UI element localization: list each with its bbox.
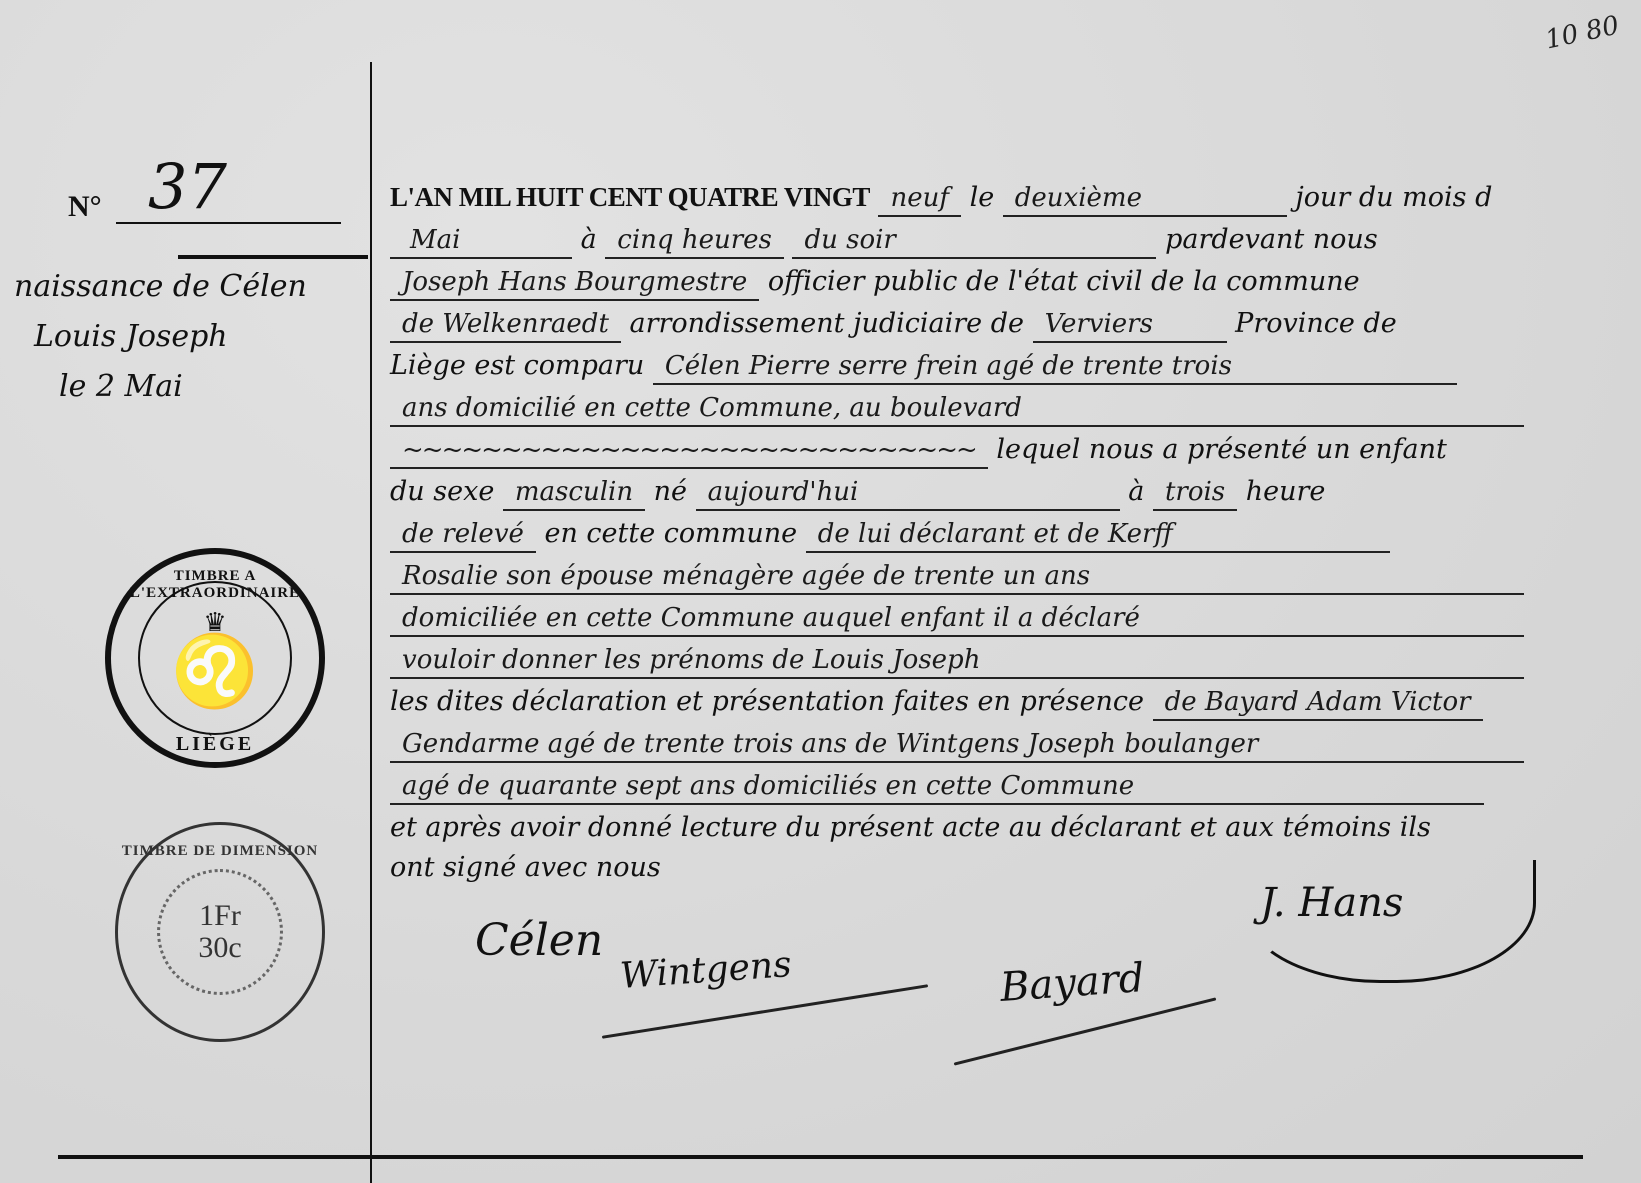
stamp-ring-text: TIMBRE A L'EXTRAORDINAIRE: [111, 568, 319, 602]
handwritten-witness-1: de Bayard Adam Victor: [1153, 687, 1483, 721]
handwritten-given-names: vouloir donner les prénoms de Louis Jose…: [390, 645, 1524, 679]
act-number: 37: [148, 150, 227, 223]
handwritten-declarant: Célen Pierre serre frein agé de trente t…: [653, 351, 1457, 385]
handwritten-mother: Rosalie son épouse ménagère agée de tren…: [390, 561, 1524, 595]
printed-text: du sexe: [390, 476, 494, 507]
act-line-2: Mai à cinq heures du soir pardevant nous: [390, 224, 1378, 264]
handwritten-witness-domicile: agé de quarante sept ans domiciliés en c…: [390, 771, 1484, 805]
officer-paraph: [1240, 860, 1536, 983]
handwritten-domicile: domiciliée en cette Commune auquel enfan…: [390, 603, 1524, 637]
act-line-9: de relevé en cette commune de lui déclar…: [390, 518, 1390, 558]
stamp-value-centimes: 30c: [198, 932, 241, 964]
printed-text: les dites déclaration et présentation fa…: [390, 686, 1144, 717]
act-line-3: Joseph Hans Bourgmestre officier public …: [390, 266, 1360, 306]
handwritten-officer: Joseph Hans Bourgmestre: [390, 267, 759, 301]
handwritten-birth-day: aujourd'hui: [696, 477, 1120, 511]
handwritten-parents: de lui déclarant et de Kerff: [806, 519, 1390, 553]
act-line-5: Liège est comparu Célen Pierre serre fre…: [390, 350, 1457, 390]
handwritten-residence: ans domicilié en cette Commune, au boule…: [390, 393, 1524, 427]
handwritten-hour: cinq heures: [605, 225, 784, 259]
printed-text: officier public de l'état civil de la co…: [768, 266, 1360, 297]
handwritten-month: Mai: [390, 225, 572, 259]
handwritten-birth-hour: trois: [1153, 477, 1237, 511]
printed-text: à: [581, 224, 597, 255]
bottom-rule: [58, 1155, 1583, 1159]
printed-text: en cette commune: [544, 518, 797, 549]
handwritten-day: deuxième: [1003, 183, 1287, 217]
act-line-1: L'AN MIL HUIT CENT QUATRE VINGT neuf le …: [390, 182, 1492, 222]
dimension-stamp: TIMBRE DE DIMENSION 1Fr 30c: [115, 822, 325, 1042]
margin-note-line: le 2 Mai: [14, 362, 364, 412]
printed-text: né: [654, 476, 687, 507]
printed-text: à: [1128, 476, 1144, 507]
printed-text: Liège est comparu: [390, 350, 644, 381]
printed-text: heure: [1246, 476, 1326, 507]
handwritten-time-of-day: du soir: [792, 225, 1156, 259]
lion-icon: ♌: [171, 636, 258, 706]
stamp-city: LIÈGE: [111, 733, 319, 756]
printed-text: le: [970, 182, 995, 213]
act-line-11: domiciliée en cette Commune auquel enfan…: [390, 602, 1524, 642]
act-number-label: N°: [68, 190, 102, 224]
printed-text: arrondissement judiciaire de: [630, 308, 1024, 339]
act-line-14: Gendarme agé de trente trois ans de Wint…: [390, 728, 1524, 768]
printed-text: et après avoir donné lecture du présent …: [390, 812, 1431, 843]
printed-text: lequel nous a présenté un enfant: [996, 434, 1447, 465]
margin-note: naissance de Célen Louis Joseph le 2 Mai: [14, 262, 364, 412]
handwritten-commune: de Welkenraedt: [390, 309, 621, 343]
handwritten-sex: masculin: [503, 477, 645, 511]
act-number-rule: [178, 255, 368, 259]
signature-witness-bayard: Bayard: [999, 955, 1146, 1011]
handwritten-year: neuf: [878, 183, 961, 217]
act-line-6: ans domicilié en cette Commune, au boule…: [390, 392, 1524, 432]
handwritten-district: Verviers: [1033, 309, 1227, 343]
handwritten-time-of-day: de relevé: [390, 519, 536, 553]
handwritten-witness-2: Gendarme agé de trente trois ans de Wint…: [390, 729, 1524, 763]
act-number-underline: [116, 222, 341, 224]
signature-flourish: [954, 997, 1217, 1065]
printed-text: Province de: [1235, 308, 1397, 339]
margin-note-line: naissance de Célen: [14, 262, 364, 312]
act-line-16: et après avoir donné lecture du présent …: [390, 812, 1431, 852]
act-line-13: les dites déclaration et présentation fa…: [390, 686, 1483, 726]
filler-line: ~~~~~~~~~~~~~~~~~~~~~~~~~~~~~: [390, 435, 988, 469]
printed-text: ont signé avec nous: [390, 852, 661, 883]
printed-text: pardevant nous: [1165, 224, 1378, 255]
signature-declarant: Célen: [475, 915, 603, 966]
printed-text: jour du mois d: [1295, 182, 1492, 213]
document-page: 10 80 N° 37 naissance de Célen Louis Jos…: [0, 0, 1641, 1183]
margin-divider: [370, 62, 372, 1183]
folio-number: 10 80: [1543, 11, 1622, 56]
act-line-15: agé de quarante sept ans domiciliés en c…: [390, 770, 1484, 810]
stamp-value-francs: 1Fr: [199, 900, 241, 932]
extraordinaire-stamp: TIMBRE A L'EXTRAORDINAIRE ♛ ♌ LIÈGE: [105, 548, 325, 768]
act-line-7: ~~~~~~~~~~~~~~~~~~~~~~~~~~~~~ lequel nou…: [390, 434, 1447, 474]
signature-witness-wintgens: Wintgens: [619, 944, 793, 997]
stamp-ring-text: TIMBRE DE DIMENSION: [118, 843, 322, 860]
wreath-icon: 1Fr 30c: [157, 869, 283, 995]
act-line-10: Rosalie son épouse ménagère agée de tren…: [390, 560, 1524, 600]
act-line-17: ont signé avec nous: [390, 852, 661, 892]
margin-note-line: Louis Joseph: [14, 312, 364, 362]
act-line-8: du sexe masculin né aujourd'hui à trois …: [390, 476, 1325, 516]
printed-text: L'AN MIL HUIT CENT QUATRE VINGT: [390, 182, 870, 212]
act-line-4: de Welkenraedt arrondissement judiciaire…: [390, 308, 1397, 348]
act-line-12: vouloir donner les prénoms de Louis Jose…: [390, 644, 1524, 684]
